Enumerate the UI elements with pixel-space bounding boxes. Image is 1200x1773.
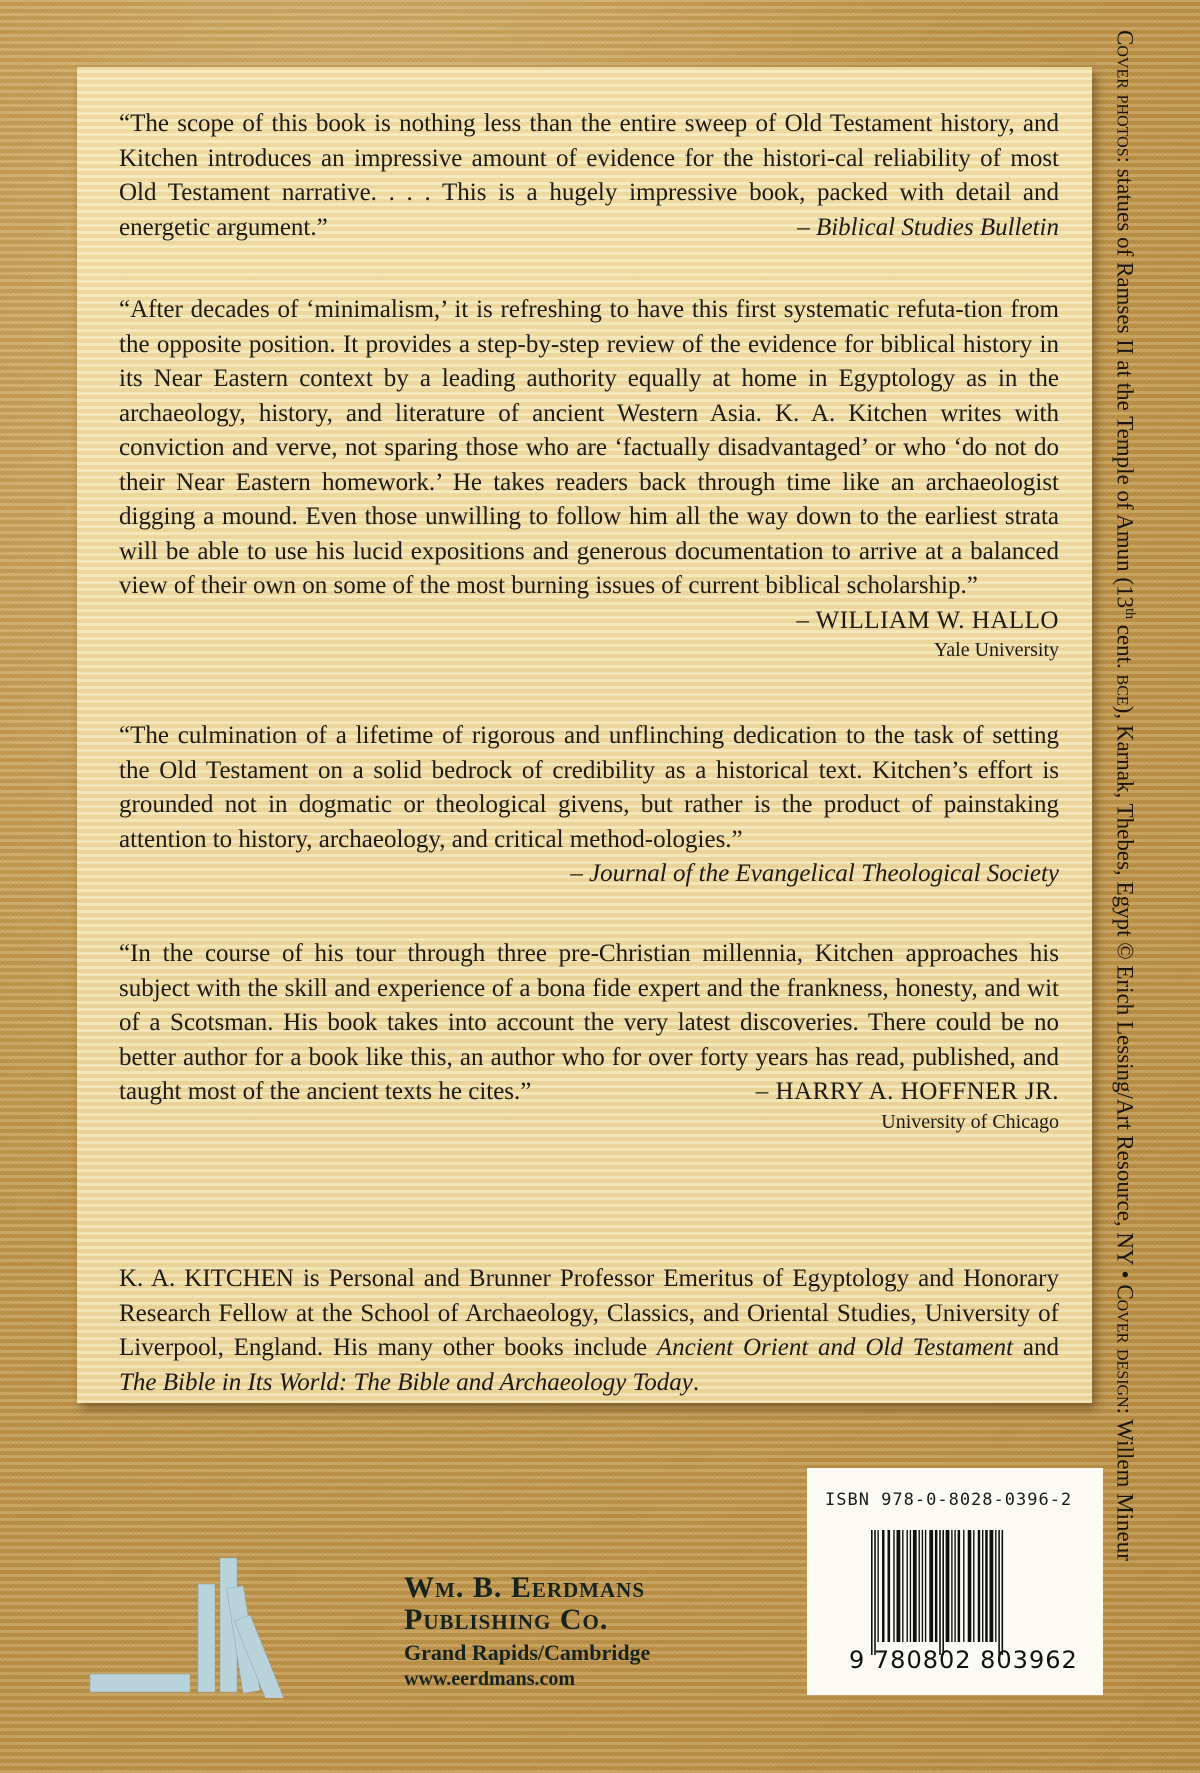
review-quote: “In the course of his tour through three… [119, 937, 1059, 1134]
author-bio: K. A. KITCHEN is Personal and Brunner Pr… [119, 1262, 1059, 1400]
book-title: Ancient Orient and Old Testament [657, 1334, 1013, 1361]
quote-attribution: – HARRY A. HOFFNER JR. [756, 1075, 1059, 1110]
barcode-icon [869, 1530, 1059, 1655]
isbn-text: ISBN 978-0-8028-0396-2 [825, 1490, 1072, 1510]
publisher-name-line2: Publishing Co. [404, 1604, 650, 1636]
quote-attribution: – Journal of the Evangelical Theological… [570, 857, 1059, 892]
photo-credit: cent. [1112, 619, 1137, 675]
review-quote: “After decades of ‘minimalism,’ it is re… [119, 293, 1059, 662]
book-title: The Bible in Its World: The Bible and Ar… [119, 1369, 693, 1396]
publisher-block: Wm. B. Eerdmans Publishing Co. Grand Rap… [404, 1572, 650, 1692]
superscript: th [1122, 608, 1137, 619]
era-label: bce [1112, 675, 1137, 706]
photo-credit: statues of Ramses II at the Temple of Am… [1112, 163, 1137, 608]
spine-credits: Cover photos: statues of Ramses II at th… [1108, 30, 1148, 1750]
bio-text: . [693, 1369, 699, 1396]
quote-attribution: – Biblical Studies Bulletin [797, 211, 1059, 246]
barcode-box: ISBN 978-0-8028-0396-2 9 780802 803962 [807, 1468, 1103, 1695]
publisher-name: Wm. B. Eerdmans [404, 1572, 650, 1604]
author-name: K. A. KITCHEN [119, 1265, 294, 1292]
bio-text: and [1013, 1334, 1059, 1361]
design-credit: Willem Mineur [1112, 1414, 1137, 1561]
photo-credit: ), Karnak, Thebes, Egypt © Erich Lessing… [1112, 706, 1137, 1265]
publisher-cities: Grand Rapids/Cambridge [404, 1640, 650, 1666]
quote-attribution: – WILLIAM W. HALLO [119, 604, 1059, 638]
publisher-url[interactable]: www.eerdmans.com [404, 1666, 650, 1692]
bullet-separator: • [1112, 1265, 1137, 1285]
quote-text: “After decades of ‘minimalism,’ it is re… [119, 293, 1059, 604]
photo-credit-label: Cover photos: [1112, 30, 1137, 163]
quote-affiliation: Yale University [119, 638, 1059, 662]
quote-text: “The culmination of a lifetime of rigoro… [119, 722, 1059, 853]
ean-digits: 9 780802 803962 [849, 1646, 1078, 1674]
books-logo-icon [88, 1548, 318, 1698]
review-quote: “The scope of this book is nothing less … [119, 107, 1059, 245]
review-quote: “The culmination of a lifetime of rigoro… [119, 719, 1059, 892]
blurb-panel: “The scope of this book is nothing less … [77, 67, 1092, 1403]
design-credit-label: Cover design: [1112, 1284, 1137, 1414]
quote-affiliation: University of Chicago [119, 1110, 1059, 1134]
